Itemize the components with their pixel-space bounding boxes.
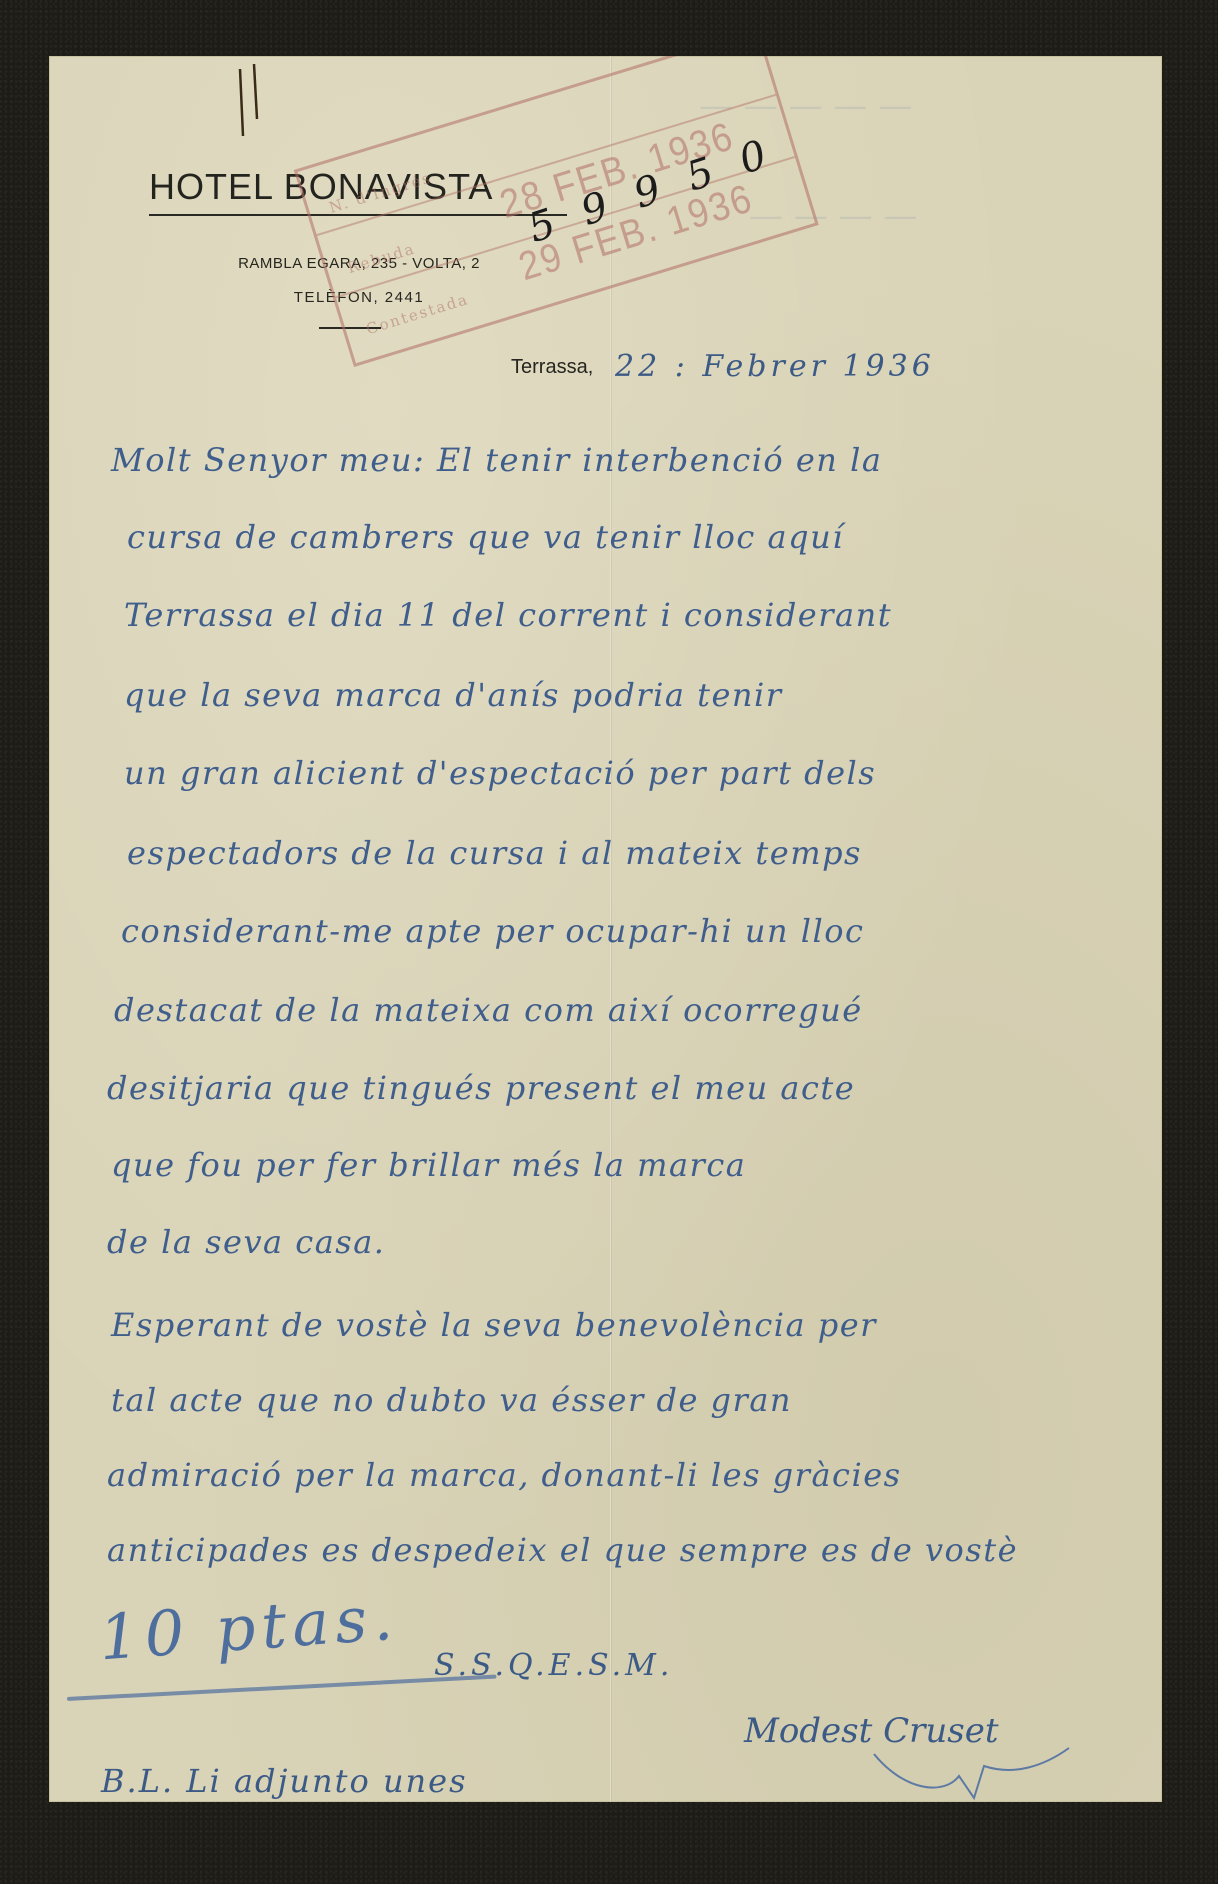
letter-signature: Modest Cruset [744,1711,999,1751]
amount-underline [67,1674,497,1700]
stamp-label-received: Rebuda [345,239,417,277]
letter-postscript: B.L. Li adjunto unes [101,1762,468,1800]
letter-line: tal acte que no dubto va ésser de gran [111,1381,792,1419]
letter-line: anticipades es despedeix el que sempre e… [107,1531,1018,1569]
letter-line: Molt Senyor meu: El tenir interbenció en… [111,441,882,479]
amount-annotation: 10 ptas. [97,1581,401,1675]
stamp-label-answered: Contestada [364,290,471,338]
letter-line: de la seva casa. [107,1223,385,1261]
letter-line: desitjaria que tingués present el meu ac… [107,1069,855,1107]
letter-line: que la seva marca d'anís podria tenir [124,676,783,714]
letter-line: considerant-me apte per ocupar-hi un llo… [121,912,864,950]
letter-line: espectadors de la cursa i al mateix temp… [127,834,862,872]
signature-flourish [864,1746,1074,1801]
dateline-date: 22 : Febrer 1936 [615,349,935,384]
letter-paper: — — — — — — — — — HOTEL BONAVISTA RAMBLA… [49,56,1162,1802]
letter-line: admiració per la marca, donant-li les gr… [107,1456,902,1494]
stamp-label-entry: N. d'Ingrés [327,169,434,217]
dateline-place: Terrassa, [511,356,593,379]
letter-line: Esperant de vostè la seva benevolència p… [111,1306,877,1344]
letter-line: que fou per fer brillar més la marca [111,1146,746,1184]
archive-tick-marks [234,64,264,139]
letter-line: destacat de la mateixa com així ocorregu… [114,991,863,1029]
letter-line: Terrassa el dia 11 del corrent i conside… [124,596,892,634]
letter-line: un gran alicient d'espectació per part d… [124,754,876,792]
letter-line: cursa de cambrers que va tenir lloc aquí [127,518,844,556]
letter-closing: S.S.Q.E.S.M. [434,1648,673,1683]
